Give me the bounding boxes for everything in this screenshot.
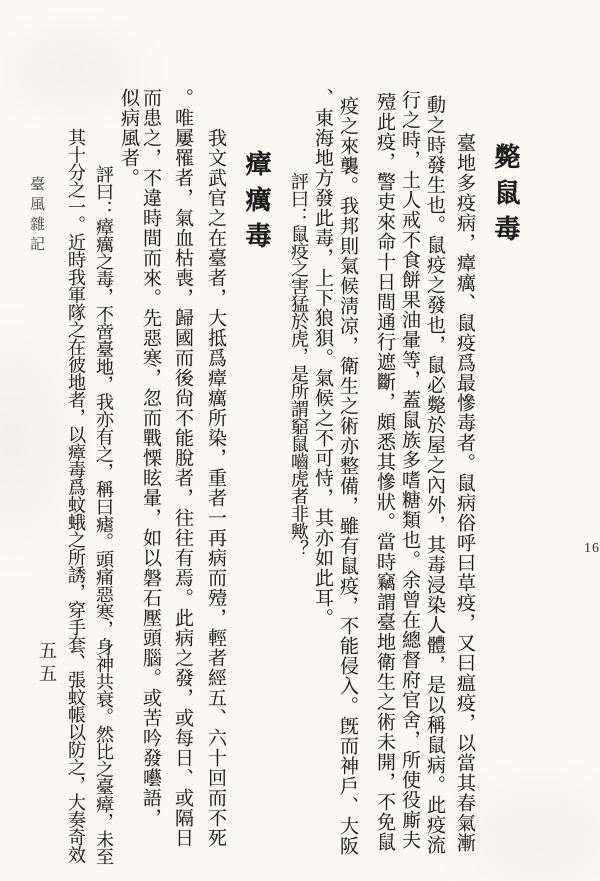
commentary-column: 評曰：鼠疫之害猛於虎，是所謂竆鼠嚙虎者非歟？ (284, 172, 314, 557)
section-heading-rat-plague: 斃鼠毒 (487, 143, 523, 251)
scanned-book-page: 斃鼠毒 臺地多疫病，瘴癘、鼠疫爲最慘毒者。鼠病俗呼曰草疫，又曰瘟疫，以當其春氣漸… (0, 0, 600, 881)
spine-title: 臺風雜記 (26, 176, 46, 256)
commentary-column: 其十分之一。近時我軍隊之在彼地者，以瘴毒爲蚊蛾之所誘，穿手套、張蚊帳以防之，大奏… (61, 128, 91, 863)
edge-page-number: 16 (584, 541, 600, 557)
folio-number: 五五 (36, 641, 58, 687)
text-column: 我文武官之在臺者，大抵爲瘴癘所染，重者一再病而殪，輕者經五、六十回而不死 (199, 128, 231, 848)
commentary-column: 評曰：瘴癘之毒，不啻臺地，我亦有之，稱曰瘧。頭痛惡寒，身神共衰。然比之臺瘴，未至 (89, 165, 119, 865)
text-column: 殪此疫，警吏來命十日間通行遮斷，頗悉其慘狀。當時竊謂臺地衛生之術未開，不免鼠 (368, 92, 400, 852)
text-column: 臺地多疫病，瘴癘、鼠疫爲最慘毒者。鼠病俗呼曰草疫，又曰瘟疫，以當其春氣漸 (448, 133, 480, 853)
text-column: 。唯屢罹者，氣血枯喪，歸國而後尙不能脫者，往往有焉。此病之發，或每日、或隔日 (166, 88, 198, 848)
text-column: 而患之，不違時間而來。先惡寒，忽而戰慄眩暈，如以磐石壓頭腦。或苦吟發囈語， (134, 88, 166, 828)
section-heading-miasma: 瘴癘毒 (238, 150, 274, 258)
